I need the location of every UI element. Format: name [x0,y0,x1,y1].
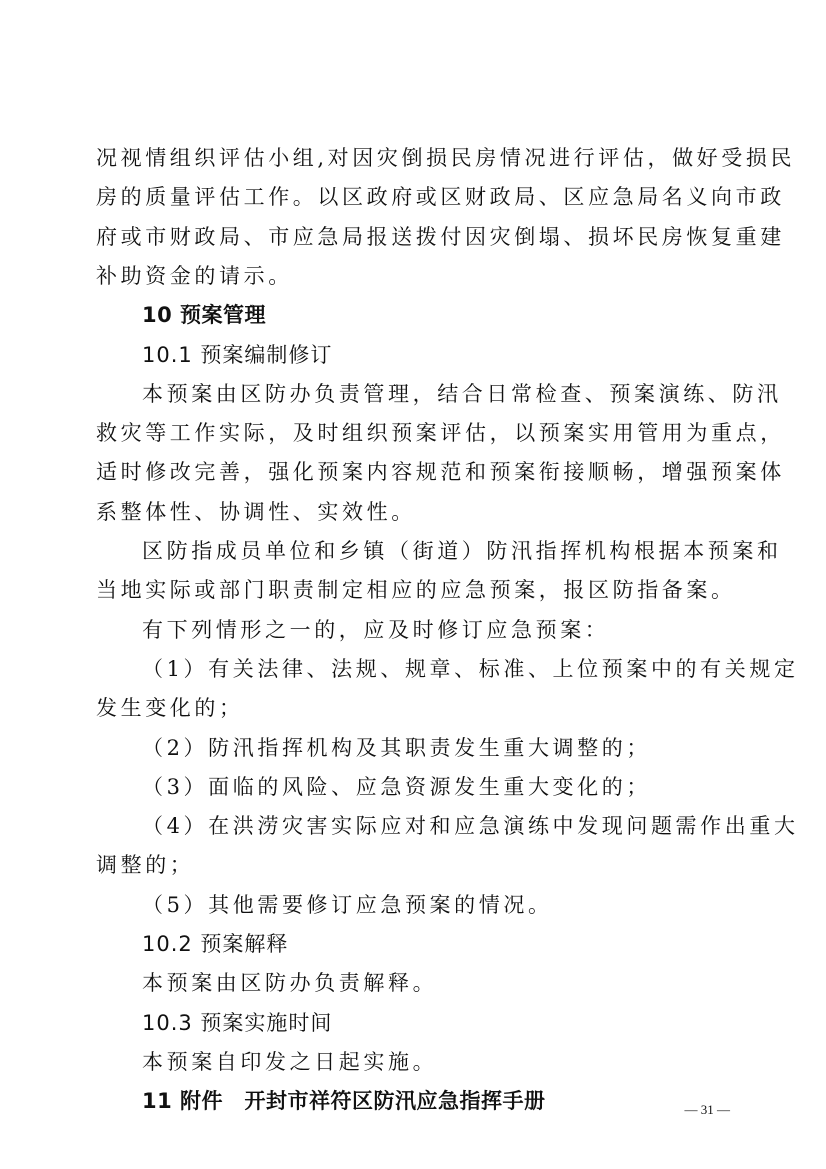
paragraph-line: 房的质量评估工作。以区政府或区财政局、区应急局名义向市政 [96,184,730,210]
section-heading: 10 预案管理 [142,302,730,328]
section-heading: 10.3 预案实施时间 [142,1010,730,1036]
section-heading: 10.1 预案编制修订 [142,342,730,368]
paragraph-line: （5）其他需要修订应急预案的情况。 [142,892,730,918]
document-page: 况视情组织评估小组,对因灾倒损民房情况进行评估，做好受损民房的质量评估工作。以区… [0,0,826,1169]
paragraph-line: 况视情组织评估小组,对因灾倒损民房情况进行评估，做好受损民 [96,145,730,171]
paragraph-line: 本预案自印发之日起实施。 [142,1049,730,1075]
paragraph-line: 有下列情形之一的，应及时修订应急预案： [142,617,730,643]
paragraph-line: 本预案由区防办负责解释。 [142,970,730,996]
paragraph-line: 补助资金的请示。 [96,263,730,289]
paragraph-line: 适时修改完善，强化预案内容规范和预案衔接顺畅，增强预案体 [96,459,730,485]
paragraph-line: 系整体性、协调性、实效性。 [96,499,730,525]
paragraph-line: （2）防汛指挥机构及其职责发生重大调整的； [142,735,730,761]
section-heading: 10.2 预案解释 [142,931,730,957]
paragraph-line: 救灾等工作实际，及时组织预案评估，以预案实用管用为重点， [96,420,730,446]
section-heading: 11 附件 开封市祥符区防汛应急指挥手册 [142,1088,730,1114]
paragraph-line: （4）在洪涝灾害实际应对和应急演练中发现问题需作出重大 [142,813,730,839]
page-number: — 31 — [685,1102,731,1118]
paragraph-line: 区防指成员单位和乡镇（街道）防汛指挥机构根据本预案和 [142,538,730,564]
paragraph-line: 调整的； [96,852,730,878]
paragraph-line: （1）有关法律、法规、规章、标准、上位预案中的有关规定 [142,656,730,682]
paragraph-line: 府或市财政局、市应急局报送拨付因灾倒塌、损坏民房恢复重建 [96,224,730,250]
paragraph-line: （3）面临的风险、应急资源发生重大变化的； [142,774,730,800]
paragraph-line: 发生变化的； [96,695,730,721]
paragraph-line: 本预案由区防办负责管理，结合日常检查、预案演练、防汛 [142,381,730,407]
paragraph-line: 当地实际或部门职责制定相应的应急预案，报区防指备案。 [96,577,730,603]
